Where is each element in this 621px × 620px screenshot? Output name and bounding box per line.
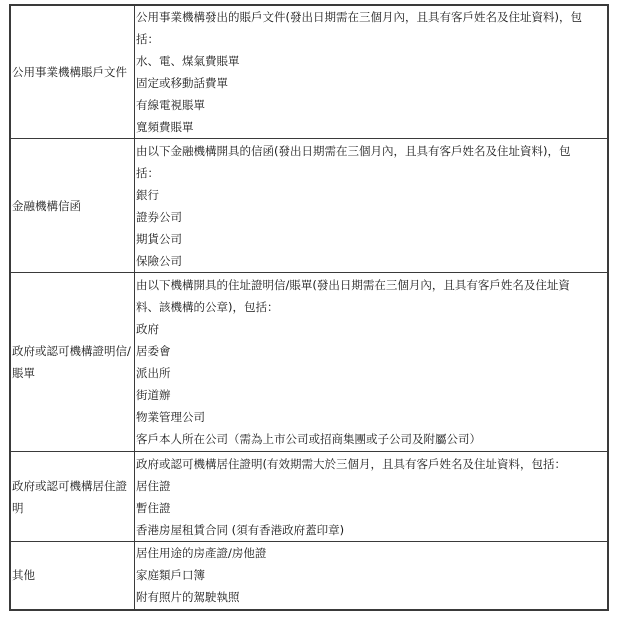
list-item: 香港房屋租賃合同 (須有香港政府蓋印章)	[136, 519, 587, 541]
list-item: 客戶本人所在公司（需為上市公司或招商集團或子公司及附屬公司）	[136, 428, 587, 450]
category-cell: 政府或認可機構證明信/賬單	[10, 273, 135, 452]
category-cell: 公用事業機構賬戶文件	[10, 5, 135, 139]
category-cell: 其他	[10, 542, 135, 610]
list-item: 銀行	[136, 184, 587, 206]
list-item: 附有照片的駕駛執照	[136, 586, 587, 608]
table-row-other: 其他 居住用途的房產證/房他證 家庭類戶口簿 附有照片的駕駛執照	[10, 542, 608, 610]
items-cell: 政府或認可機構居住證明(有效期需大於三個月，且具有客戶姓名及住址資料，包括： 居…	[135, 452, 609, 542]
list-item: 證券公司	[136, 206, 587, 228]
table-row-government-letter: 政府或認可機構證明信/賬單 由以下機構開具的住址證明信/賬單(發出日期需在三個月…	[10, 273, 608, 452]
list-item: 固定或移動話費單	[136, 72, 587, 94]
items-cell: 由以下機構開具的住址證明信/賬單(發出日期需在三個月內，且具有客戶姓名及住址資料…	[135, 273, 609, 452]
list-item: 期貨公司	[136, 228, 587, 250]
table-row-financial: 金融機構信函 由以下金融機構開具的信函(發出日期需在三個月內，且具有客戶姓名及住…	[10, 139, 608, 273]
list-item: 居住證	[136, 475, 587, 497]
list-item: 暫住證	[136, 497, 587, 519]
list-item: 保險公司	[136, 250, 587, 272]
list-item: 政府	[136, 318, 587, 340]
items-cell: 由以下金融機構開具的信函(發出日期需在三個月內，且具有客戶姓名及住址資料)，包括…	[135, 139, 609, 273]
items-cell: 居住用途的房產證/房他證 家庭類戶口簿 附有照片的駕駛執照	[135, 542, 609, 610]
list-item: 居委會	[136, 340, 587, 362]
list-item: 街道辦	[136, 384, 587, 406]
category-cell: 政府或認可機構居住證明	[10, 452, 135, 542]
list-item: 家庭類戶口簿	[136, 564, 587, 586]
intro-text: 由以下機構開具的住址證明信/賬單(發出日期需在三個月內，且具有客戶姓名及住址資料…	[136, 274, 587, 318]
list-item: 水、電、煤氣費賬單	[136, 50, 587, 72]
list-item: 寬頻費賬單	[136, 116, 587, 138]
list-item: 有線電視賬單	[136, 94, 587, 116]
list-item: 派出所	[136, 362, 587, 384]
address-proof-table: 公用事業機構賬戶文件 公用事業機構發出的賬戶文件(發出日期需在三個月內，且具有客…	[9, 4, 609, 611]
intro-text: 公用事業機構發出的賬戶文件(發出日期需在三個月內，且具有客戶姓名及住址資料)，包…	[136, 6, 587, 50]
list-item: 居住用途的房產證/房他證	[136, 542, 587, 564]
table-row-utility: 公用事業機構賬戶文件 公用事業機構發出的賬戶文件(發出日期需在三個月內，且具有客…	[10, 5, 608, 139]
intro-text: 由以下金融機構開具的信函(發出日期需在三個月內，且具有客戶姓名及住址資料)，包括…	[136, 140, 587, 184]
items-cell: 公用事業機構發出的賬戶文件(發出日期需在三個月內，且具有客戶姓名及住址資料)，包…	[135, 5, 609, 139]
category-cell: 金融機構信函	[10, 139, 135, 273]
table-row-residence-proof: 政府或認可機構居住證明 政府或認可機構居住證明(有效期需大於三個月，且具有客戶姓…	[10, 452, 608, 542]
list-item: 物業管理公司	[136, 406, 587, 428]
intro-text: 政府或認可機構居住證明(有效期需大於三個月，且具有客戶姓名及住址資料，包括：	[136, 453, 587, 475]
